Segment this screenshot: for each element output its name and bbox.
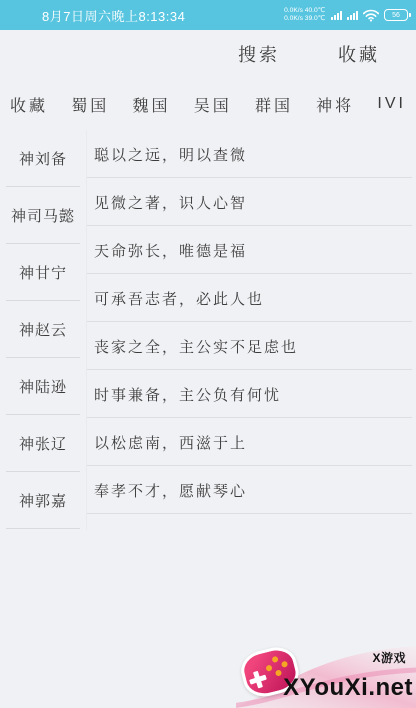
tab-shu[interactable]: 蜀国 (71, 93, 109, 116)
watermark: X游戏 XYouXi.net (236, 644, 416, 708)
quote-row[interactable]: 可承吾志者，必此人也 (87, 274, 416, 322)
quote-text: 见微之著，识人心智 (94, 192, 247, 213)
net-line-2: 0.0K/s 39.0℃ (284, 15, 325, 23)
quote-text: 时事兼备，主公负有何忧 (94, 384, 281, 405)
sidebar-item-shen-luxun[interactable]: 神陆逊 (0, 358, 86, 415)
sidebar-item-shen-guojia[interactable]: 神郭嘉 (0, 472, 86, 529)
sidebar-item-shen-ganning[interactable]: 神甘宁 (0, 244, 86, 301)
quote-text: 天命弥长，唯德是福 (94, 240, 247, 261)
tab-shenjiang[interactable]: 神将 (316, 93, 354, 116)
search-button[interactable]: 搜索 (238, 41, 280, 67)
sidebar-item-shen-zhangliao[interactable]: 神张辽 (0, 415, 86, 472)
signal-bars-icon (331, 10, 342, 20)
status-datetime: 8月7日周六晚上8:13:34 (8, 6, 185, 25)
app-screen: 8月7日周六晚上8:13:34 0.0K/s 40.0℃ 0.0K/s 39.0… (0, 0, 416, 708)
character-sidebar: 神刘备 神司马懿 神甘宁 神赵云 神陆逊 神张辽 神郭嘉 (0, 130, 86, 529)
tab-qun[interactable]: 群国 (255, 93, 293, 116)
battery-icon: 56 (384, 9, 408, 21)
quote-text: 奉孝不才，愿献琴心 (94, 480, 247, 501)
tab-truncated[interactable]: IVI (377, 95, 406, 113)
quote-row[interactable]: 时事兼备，主公负有何忧 (87, 370, 416, 418)
signal-bars-icon-2 (347, 10, 358, 20)
sidebar-item-shen-liubei[interactable]: 神刘备 (0, 130, 86, 187)
tab-wei[interactable]: 魏国 (132, 93, 170, 116)
quote-row[interactable]: 聪以之远，明以查微 (87, 130, 416, 178)
sidebar-item-shen-zhaoyun[interactable]: 神赵云 (0, 301, 86, 358)
quote-row[interactable]: 丧家之全，主公实不足虑也 (87, 322, 416, 370)
quote-row[interactable]: 奉孝不才，愿献琴心 (87, 466, 416, 514)
battery-level: 56 (392, 12, 400, 19)
quote-text: 聪以之远，明以查微 (94, 144, 247, 165)
tab-favorites[interactable]: 收藏 (10, 93, 48, 116)
quote-text: 可承吾志者，必此人也 (94, 288, 264, 309)
sidebar-item-shen-simayi[interactable]: 神司马懿 (0, 187, 86, 244)
quote-text: 以松虑南，西滋于上 (94, 432, 247, 453)
network-speed-text: 0.0K/s 40.0℃ 0.0K/s 39.0℃ (283, 7, 326, 23)
status-bar: 8月7日周六晚上8:13:34 0.0K/s 40.0℃ 0.0K/s 39.0… (0, 0, 416, 30)
net-line-1: 0.0K/s 40.0℃ (284, 7, 325, 15)
tab-bar: 收藏 蜀国 魏国 吴国 群国 神将 IVI (0, 78, 416, 130)
watermark-tag: X游戏 (372, 649, 406, 666)
status-icons: 0.0K/s 40.0℃ 0.0K/s 39.0℃ 56 (283, 7, 408, 23)
watermark-brand: XYouXi.net (283, 674, 413, 702)
header: 搜索 收藏 (0, 30, 416, 78)
quote-text: 丧家之全，主公实不足虑也 (94, 336, 298, 357)
quote-row[interactable]: 以松虑南，西滋于上 (87, 418, 416, 466)
quote-row[interactable]: 见微之著，识人心智 (87, 178, 416, 226)
quote-list: 聪以之远，明以查微 见微之著，识人心智 天命弥长，唯德是福 可承吾志者，必此人也… (87, 130, 416, 514)
tab-wu[interactable]: 吴国 (194, 93, 232, 116)
quote-row[interactable]: 天命弥长，唯德是福 (87, 226, 416, 274)
favorites-button[interactable]: 收藏 (338, 41, 380, 67)
wifi-icon (363, 9, 379, 22)
